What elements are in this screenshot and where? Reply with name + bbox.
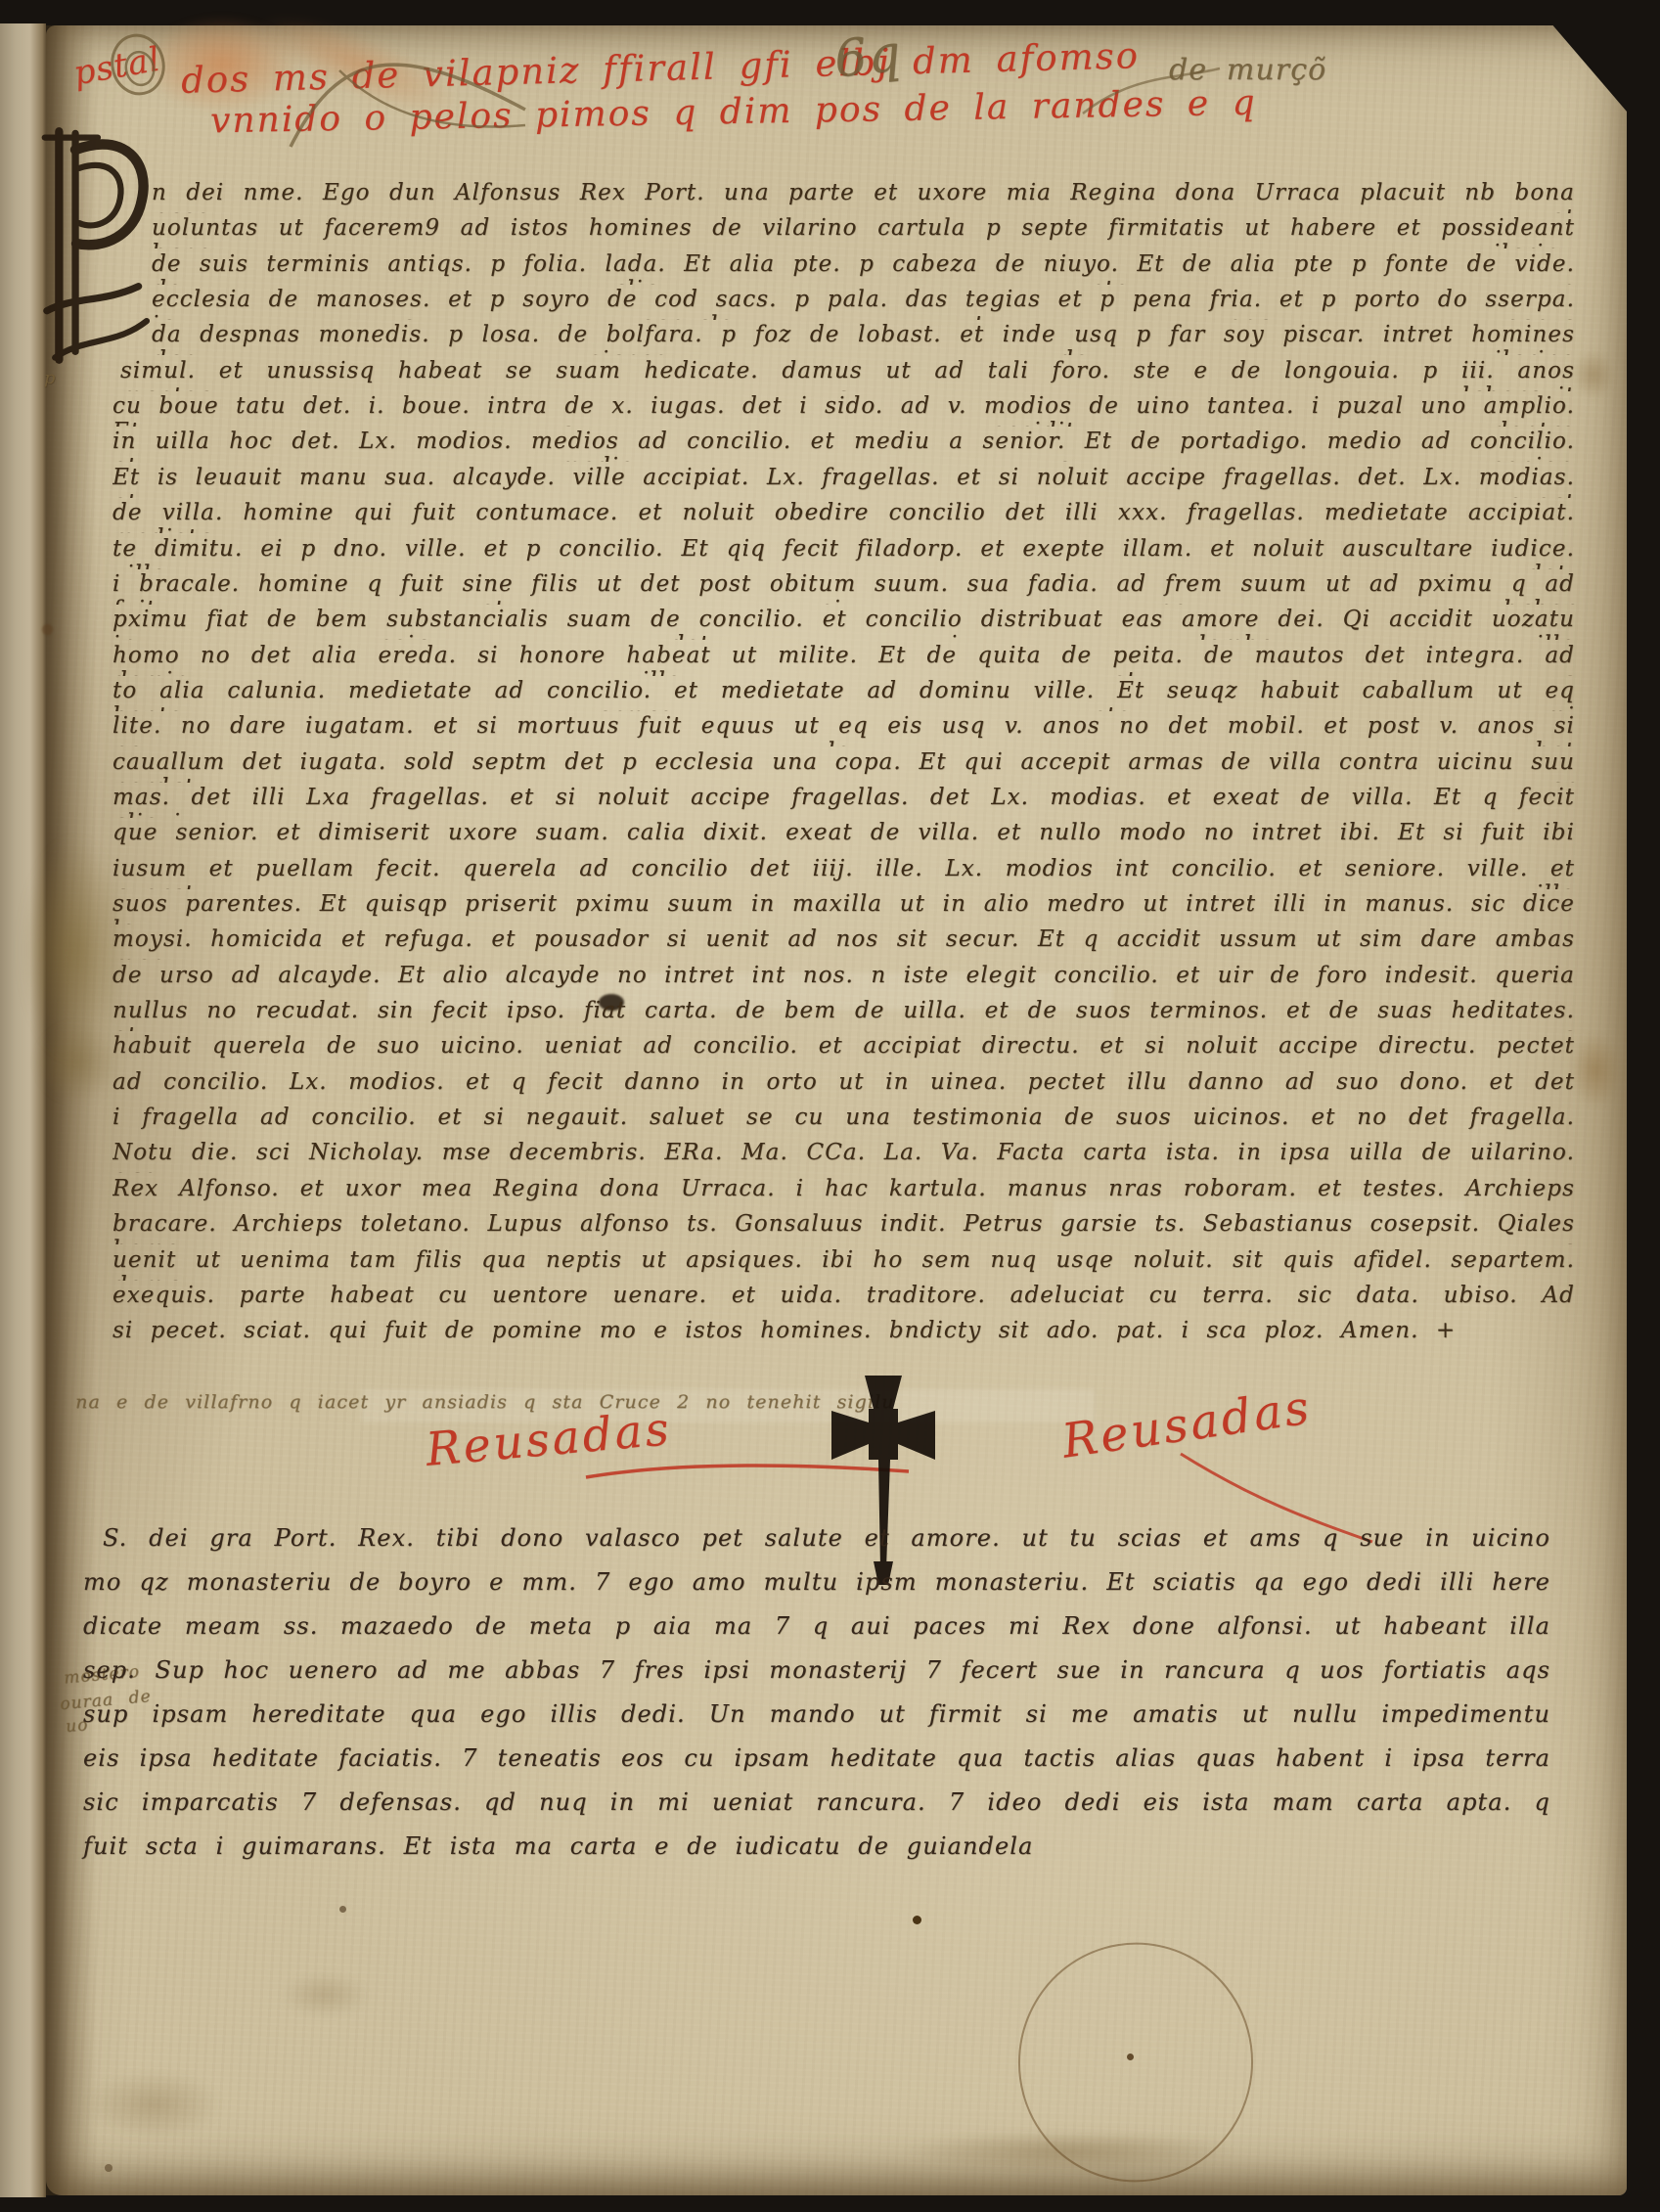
body-text-line: exequis. parte habeat cu uentore uenare.…	[112, 1283, 1575, 1316]
spot	[105, 2164, 112, 2172]
charter2-text-line: mo qz monasteriu de boyro e mm. 7 ego am…	[83, 1568, 1550, 1602]
charter2-text-line: sic imparcatis 7 defensas. qd nuq in mi …	[83, 1788, 1550, 1822]
gutter-page-edge	[0, 23, 46, 2197]
pen-flourish	[232, 31, 643, 158]
body-text-line: cauallum det iugata. sold septm det p ec…	[112, 749, 1575, 783]
compass-center-dot	[1127, 2054, 1134, 2060]
body-text-line: i bracale. homine q fuit sine filis ut d…	[112, 571, 1575, 605]
charter2-text-line: sup ipsam hereditate qua ego illis dedi.…	[83, 1700, 1550, 1734]
body-text-line: bracare. Archieps toletano. Lupus alfons…	[112, 1211, 1575, 1244]
annotation-number: 6q	[831, 24, 904, 90]
pen-flourish	[1073, 55, 1230, 143]
body-text-line: simul. et unussisq habeat se suam hedica…	[120, 358, 1575, 391]
body-text-line: n dei nme. Ego dun Alfonsus Rex Port. un…	[152, 180, 1575, 213]
margin-mark: p	[44, 368, 57, 388]
charter2-text-line: eis ipsa heditate faciatis. 7 teneatis e…	[83, 1744, 1550, 1778]
body-text-line: Et is leuauit manu sua. alcayde. ville a…	[112, 465, 1575, 498]
body-text-line: de villa. homine qui fuit contumace. et …	[112, 500, 1575, 533]
body-text-line: uenit ut uenima tam filis qua neptis ut …	[112, 1247, 1575, 1281]
spot	[339, 1906, 346, 1913]
stain	[85, 2070, 222, 2139]
body-text-line: habuit querela de suo uicino. ueniat ad …	[112, 1033, 1575, 1066]
spot	[913, 1916, 921, 1924]
body-text-line: de urso ad alcayde. Et alio alcayde no i…	[112, 963, 1575, 996]
stain	[1570, 1033, 1621, 1107]
charter2-text-line: dicate meam ss. mazaedo de meta p aia ma…	[83, 1612, 1550, 1646]
manuscript-scan: pstal dos ms de vilapniz ffirall gfi elb…	[0, 0, 1660, 2212]
body-text-line: uoluntas ut facerem9 ad istos homines de…	[152, 215, 1575, 248]
doodle-circle	[105, 29, 173, 98]
body-text-line: ad concilio. Lx. modios. et q fecit dann…	[112, 1069, 1575, 1103]
stain	[1572, 350, 1615, 399]
body-text-line: te dimitu. ei p dno. ville. et p concili…	[112, 536, 1575, 569]
body-text-line: pximu fiat de bem substancialis suam de …	[112, 607, 1575, 640]
body-text-line: que senior. et dimiserit uxore suam. cal…	[112, 820, 1575, 853]
charter2-text-line: fuit scta i guimarans. Et ista ma carta …	[83, 1832, 1550, 1860]
body-text-line: de suis terminis antiqs. p folia. lada. …	[152, 251, 1575, 285]
body-text-line: Rex Alfonso. et uxor mea Regina dona Urr…	[112, 1176, 1575, 1209]
illuminated-initial	[40, 123, 157, 368]
body-text-line: in uilla hoc det. Lx. modios. medios ad …	[112, 429, 1575, 462]
charter2-text-line: sep. Sup hoc uenero ad me abbas 7 fres i…	[83, 1656, 1550, 1690]
body-text-line: nullus no recudat. sin fecit ipso. fiat …	[112, 998, 1575, 1031]
parchment-page: pstal dos ms de vilapniz ffirall gfi elb…	[46, 25, 1627, 2195]
torn-corner	[1547, 25, 1627, 112]
body-text-line: to alia calunia. medietate ad concilio. …	[112, 678, 1575, 711]
body-text-line: da despnas monedis. p losa. de bolfara. …	[152, 322, 1575, 355]
body-text-line: si pecet. sciat. qui fuit de pomine mo e…	[112, 1318, 1575, 1343]
body-text-line: moysi. homicida et refuga. et pousador s…	[112, 926, 1575, 960]
body-text-line: i fragella ad concilio. et si negauit. s…	[112, 1105, 1575, 1138]
body-text-line: lite. no dare iugatam. et si mortuus fui…	[112, 713, 1575, 746]
body-text-line: cu boue tatu det. i. boue. intra de x. i…	[112, 393, 1575, 427]
body-text-line: Notu die. sci Nicholay. mse decembris. E…	[112, 1140, 1575, 1173]
body-text-line: ecclesia de manoses. et p soyro de cod s…	[152, 287, 1575, 320]
charter2-text-line: S. dei gra Port. Rex. tibi dono valasco …	[103, 1524, 1550, 1557]
stain	[281, 1972, 369, 2017]
body-text-line: mas. det illi Lxa fragellas. et si nolui…	[112, 785, 1575, 818]
compass-circle	[1007, 1931, 1265, 2194]
body-text-line: suos parentes. Et quisqp priserit pximu …	[112, 891, 1575, 925]
body-text-line: homo no det alia ereda. si honore habeat…	[112, 643, 1575, 676]
body-text-line: iusum et puellam fecit. querela ad conci…	[112, 856, 1575, 889]
